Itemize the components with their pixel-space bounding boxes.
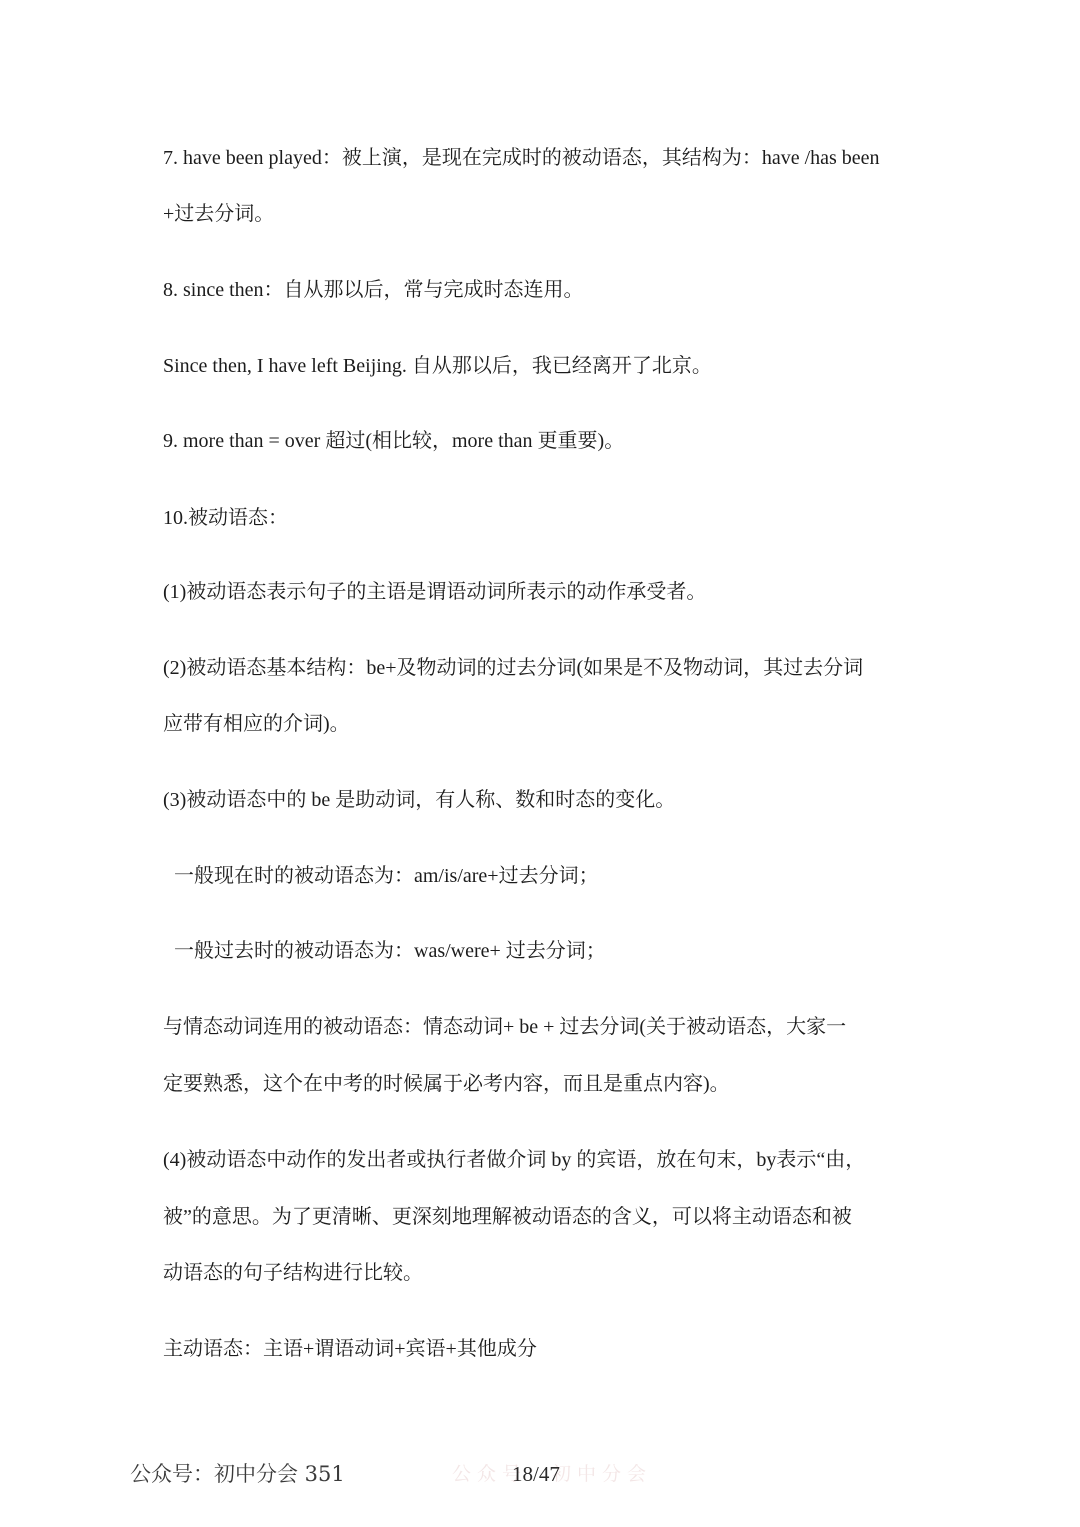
item10-point1: (1)被动语态表示句子的主语是谓语动词所表示的动作承受者。 (163, 577, 923, 607)
item10-point4-line1: (4)被动语态中动作的发出者或执行者做介词 by 的宾语，放在句末，by表示“由… (163, 1145, 923, 1175)
item10-point2-line1: (2)被动语态基本结构：be+及物动词的过去分词(如果是不及物动词，其过去分词 (163, 653, 923, 683)
item8: 8. since then：自从那以后，常与完成时态连用。 (163, 275, 923, 305)
item7-line1: 7. have been played：被上演，是现在完成时的被动语态，其结构为… (163, 143, 923, 173)
footer-source: 公众号：初中分会 351 (130, 1459, 345, 1489)
item10-point3: (3)被动语态中的 be 是助动词，有人称、数和时态的变化。 (163, 785, 923, 815)
item10-point4-line2: 被”的意思。为了更清晰、更深刻地理解被动语态的含义，可以将主动语态和被 (163, 1202, 923, 1232)
past-passive: 一般过去时的被动语态为：was/were+ 过去分词； (174, 936, 934, 966)
item10-heading: 10.被动语态： (163, 503, 923, 533)
modal-passive-line2: 定要熟悉，这个在中考的时候属于必考内容，而且是重点内容)。 (163, 1069, 923, 1099)
item8-example: Since then, I have left Beijing. 自从那以后，我… (163, 351, 923, 381)
active-voice-structure: 主动语态：主语+谓语动词+宾语+其他成分 (163, 1334, 923, 1364)
item9: 9. more than = over 超过(相比较，more than 更重要… (163, 426, 923, 456)
modal-passive-line1: 与情态动词连用的被动语态：情态动词+ be + 过去分词(关于被动语态，大家一 (163, 1012, 923, 1042)
page-number: 18/47 (512, 1459, 560, 1489)
item10-point4-line3: 动语态的句子结构进行比较。 (163, 1258, 923, 1288)
present-passive: 一般现在时的被动语态为：am/is/are+过去分词； (174, 861, 934, 891)
document-page: 7. have been played：被上演，是现在完成时的被动语态，其结构为… (0, 0, 1080, 1527)
item7-line2: +过去分词。 (163, 199, 923, 229)
item10-point2-line2: 应带有相应的介词)。 (163, 709, 923, 739)
